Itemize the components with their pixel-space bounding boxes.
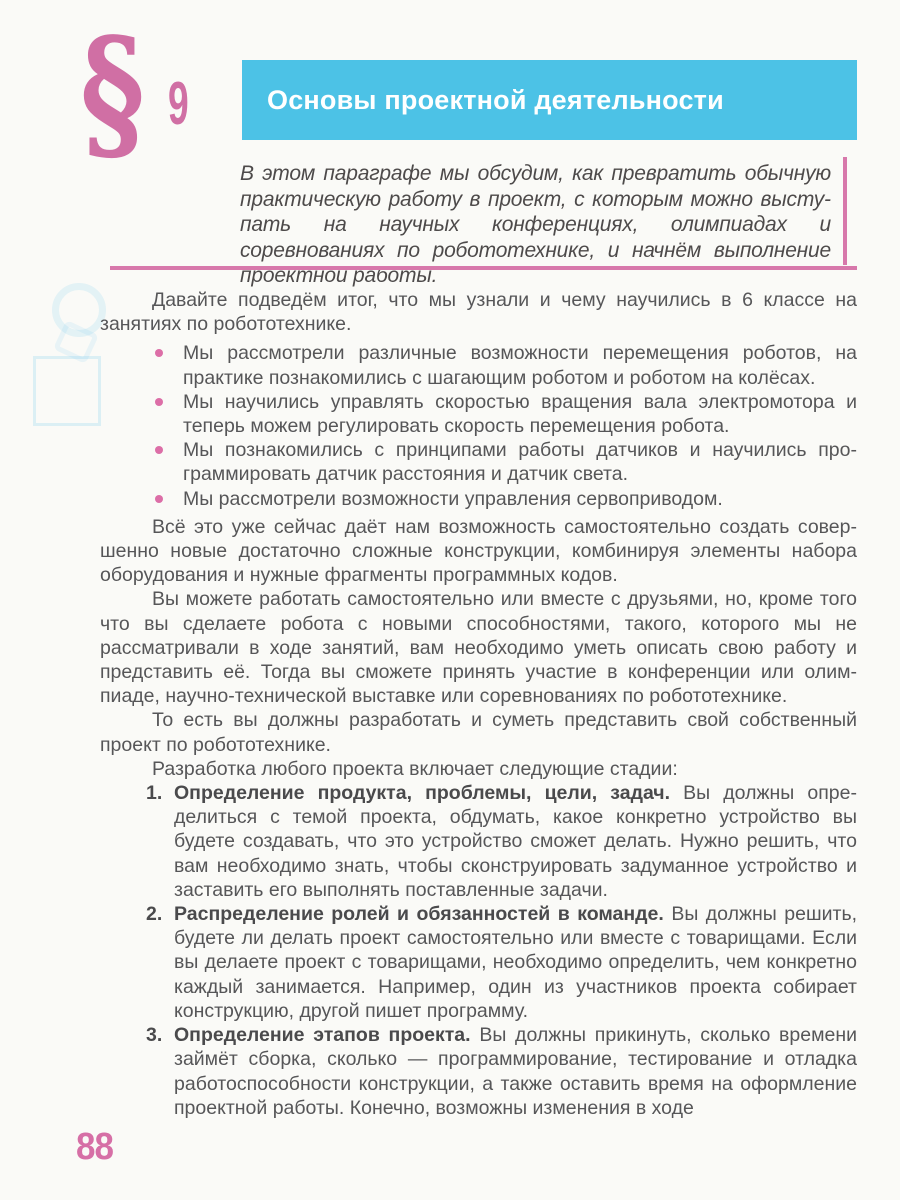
paragraph: То есть вы должны разработать и суметь п… [100, 708, 857, 756]
section-title: Основы проектной деятельности [242, 85, 724, 116]
numbered-stage-item: 3. Определение этапов проекта. Вы должны… [100, 1023, 857, 1120]
stage-title: Распределение ролей и обязанностей в ком… [174, 903, 664, 925]
paragraph: Вы можете работать самостоятельно или вм… [100, 587, 857, 708]
bullet-icon [155, 446, 163, 454]
bullet-icon [155, 349, 163, 357]
numbered-stage-item: 2. Распределение ролей и обязанностей в … [100, 902, 857, 1023]
bullet-icon [155, 495, 163, 503]
list-item: Мы научились управлять скоростью вращени… [100, 390, 857, 438]
intro-divider-rule [110, 266, 857, 270]
bullet-list: Мы рассмотрели различные возможности пер… [100, 341, 857, 510]
textbook-page: § 9 Основы проектной деятельности В этом… [0, 0, 900, 1200]
stage-number: 1. [146, 781, 162, 805]
numbered-stage-item: 1. Определение продукта, проблемы, цели,… [100, 781, 857, 902]
list-item-text: Мы научились управлять скоростью вращени… [183, 391, 857, 437]
list-item: Мы познакомились с принципами работы дат… [100, 438, 857, 486]
list-item: Мы рассмотрели различные возможности пер… [100, 341, 857, 389]
stage-number: 2. [146, 902, 162, 926]
list-item-text: Мы рассмотрели различные возможности пер… [183, 342, 857, 388]
stage-title: Определение продукта, проблемы, цели, за… [174, 782, 670, 804]
list-item-text: Мы познакомились с принципами работы дат… [183, 439, 857, 485]
paragraph: Всё это уже сейчас даёт нам возможность … [100, 515, 857, 588]
stage-title: Определение этапов проекта. [174, 1024, 471, 1046]
section-title-banner: Основы проектной деятельности [242, 60, 857, 140]
stage-number: 3. [146, 1023, 162, 1047]
bleed-through-square [33, 356, 101, 426]
paragraph: Давайте подведём итог, что мы узнали и ч… [100, 288, 857, 336]
list-item-text: Мы рассмотрели возможности управления се… [183, 488, 723, 510]
paragraph: Разработка любого проекта включает следу… [100, 757, 857, 781]
bullet-icon [155, 398, 163, 406]
section-number: 9 [168, 74, 187, 134]
intro-block: В этом параграфе мы обсудим, как преврат… [240, 157, 847, 265]
section-paragraph-icon: § [80, 18, 145, 166]
list-item: Мы рассмотрели возможности управления се… [100, 487, 857, 511]
body-text-column: Давайте подведём итог, что мы узнали и ч… [100, 288, 857, 1120]
page-number: 88 [76, 1126, 113, 1169]
